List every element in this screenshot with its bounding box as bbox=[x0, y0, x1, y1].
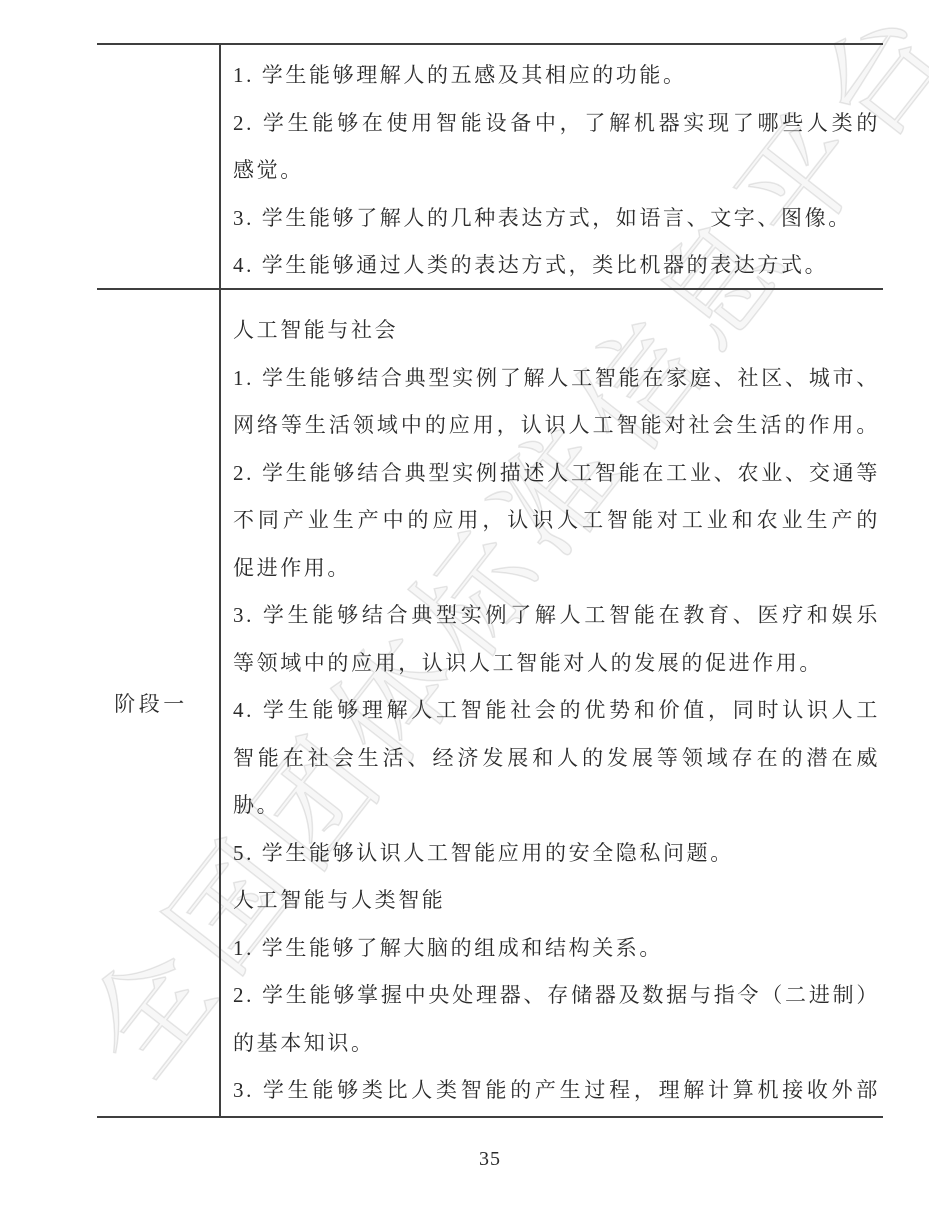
objectives-table: 1. 学生能够理解人的五感及其相应的功能。2. 学生能够在使用智能设备中，了解机… bbox=[97, 44, 883, 1118]
text-line: 网络等生活领域中的应用，认识人工智能对社会生活的作用。 bbox=[233, 402, 880, 450]
text-line: 1. 学生能够结合典型实例了解人工智能在家庭、社区、城市、 bbox=[233, 355, 880, 403]
text-line: 人工智能与人类智能 bbox=[233, 877, 880, 925]
text-line: 2. 学生能够在使用智能设备中，了解机器实现了哪些人类的 bbox=[233, 100, 880, 148]
text-line: 3. 学生能够类比人类智能的产生过程，理解计算机接收外部 bbox=[233, 1067, 880, 1115]
table-border-top bbox=[97, 43, 883, 45]
text-line: 胁。 bbox=[233, 782, 880, 830]
text-line: 促进作用。 bbox=[233, 545, 880, 593]
text-line: 4. 学生能够理解人工智能社会的优势和价值，同时认识人工 bbox=[233, 687, 880, 735]
text-line: 等领域中的应用，认识人工智能对人的发展的促进作用。 bbox=[233, 640, 880, 688]
table-column-divider bbox=[219, 44, 221, 1118]
text-line: 4. 学生能够通过人类的表达方式，类比机器的表达方式。 bbox=[233, 242, 880, 290]
table-cell-stage-label: 阶段一 bbox=[97, 289, 219, 1116]
text-line: 的基本知识。 bbox=[233, 1020, 880, 1068]
text-line: 1. 学生能够理解人的五感及其相应的功能。 bbox=[233, 52, 880, 100]
table-border-bottom bbox=[97, 1116, 883, 1118]
text-line: 2. 学生能够掌握中央处理器、存储器及数据与指令（二进制） bbox=[233, 972, 880, 1020]
text-line: 智能在社会生活、经济发展和人的发展等领域存在的潜在威 bbox=[233, 735, 880, 783]
table-cell-objectives-stage-one: 人工智能与社会1. 学生能够结合典型实例了解人工智能在家庭、社区、城市、网络等生… bbox=[233, 307, 880, 1115]
text-line: 5. 学生能够认识人工智能应用的安全隐私问题。 bbox=[233, 830, 880, 878]
text-line: 感觉。 bbox=[233, 147, 880, 195]
text-line: 1. 学生能够了解大脑的组成和结构关系。 bbox=[233, 925, 880, 973]
page-number: 35 bbox=[97, 1148, 883, 1171]
text-line: 不同产业生产中的应用，认识人工智能对工业和农业生产的 bbox=[233, 497, 880, 545]
text-line: 3. 学生能够结合典型实例了解人工智能在教育、医疗和娱乐 bbox=[233, 592, 880, 640]
text-line: 人工智能与社会 bbox=[233, 307, 880, 355]
text-line: 2. 学生能够结合典型实例描述人工智能在工业、农业、交通等 bbox=[233, 450, 880, 498]
text-line: 3. 学生能够了解人的几种表达方式，如语言、文字、图像。 bbox=[233, 195, 880, 243]
document-page: 全国团体标准信息平台 1. 学生能够理解人的五感及其相应的功能。2. 学生能够在… bbox=[0, 0, 929, 1212]
table-cell-objectives-continued: 1. 学生能够理解人的五感及其相应的功能。2. 学生能够在使用智能设备中，了解机… bbox=[233, 52, 880, 290]
